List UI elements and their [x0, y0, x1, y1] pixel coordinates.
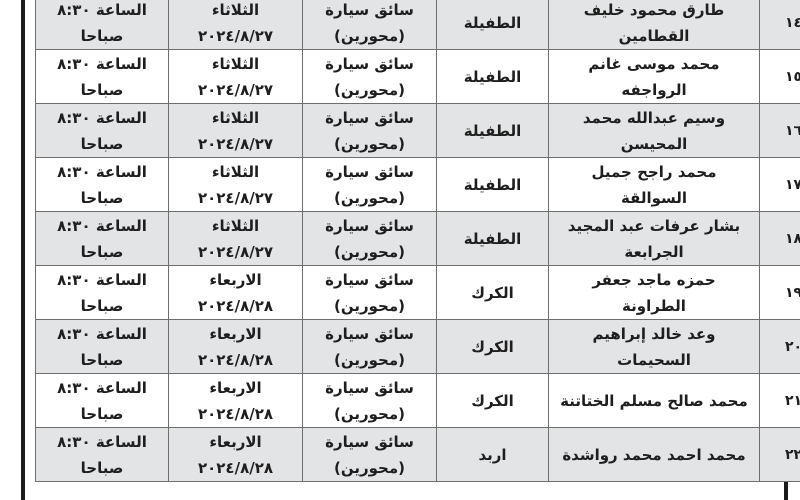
date-value: ٢٠٢٤/٨/٢٨: [173, 347, 298, 373]
job-title: سائق سيارة: [307, 159, 432, 185]
table-row: ١٦ وسيم عبدالله محمد المحيسن الطفيلة سائ…: [36, 104, 800, 158]
row-number: ١٨: [785, 231, 800, 247]
time-value: الساعة ٨:٣٠: [40, 429, 164, 455]
governorate: الكرك: [471, 338, 514, 356]
date-cell: الاربعاء ٢٠٢٤/٨/٢٨: [169, 374, 303, 428]
governorate: الطفيلة: [464, 68, 522, 86]
day-name: الاربعاء: [173, 429, 298, 455]
job-cell: سائق سيارة (محورين): [303, 50, 437, 104]
job-title: سائق سيارة: [307, 51, 432, 77]
time-cell: الساعة ٨:٣٠ صباحا: [36, 212, 169, 266]
date-value: ٢٠٢٤/٨/٢٨: [173, 401, 298, 427]
governorate-cell: الطفيلة: [437, 104, 549, 158]
time-period: صباحا: [40, 455, 164, 481]
table-row: ١٤ طارق محمود خليف القطامين الطفيلة سائق…: [36, 0, 800, 50]
job-title: سائق سيارة: [307, 105, 432, 131]
candidates-table-container: ١٤ طارق محمود خليف القطامين الطفيلة سائق…: [35, 0, 773, 482]
name-line-2: الطراونة: [553, 293, 755, 319]
day-name: الاربعاء: [173, 375, 298, 401]
date-cell: الاربعاء ٢٠٢٤/٨/٢٨: [169, 266, 303, 320]
time-value: الساعة ٨:٣٠: [40, 375, 164, 401]
date-value: ٢٠٢٤/٨/٢٧: [173, 23, 298, 49]
name-cell: محمد موسى غانم الرواجفه: [549, 50, 760, 104]
governorate: الطفيلة: [464, 230, 522, 248]
name-cell: طارق محمود خليف القطامين: [549, 0, 760, 50]
governorate: الكرك: [471, 392, 514, 410]
name-line-1: بشار عرفات عبد المجيد: [553, 213, 755, 239]
job-title: سائق سيارة: [307, 375, 432, 401]
time-value: الساعة ٨:٣٠: [40, 51, 164, 77]
time-cell: الساعة ٨:٣٠ صباحا: [36, 0, 169, 50]
date-cell: الثلاثاء ٢٠٢٤/٨/٢٧: [169, 212, 303, 266]
time-period: صباحا: [40, 401, 164, 427]
governorate-cell: اربد: [437, 428, 549, 482]
governorate-cell: الكرك: [437, 320, 549, 374]
job-qualifier: (محورين): [307, 401, 432, 427]
row-number-cell: ١٧: [760, 158, 800, 212]
job-cell: سائق سيارة (محورين): [303, 104, 437, 158]
date-value: ٢٠٢٤/٨/٢٧: [173, 239, 298, 265]
table-row: ١٩ حمزه ماجد جعفر الطراونة الكرك سائق سي…: [36, 266, 800, 320]
governorate: الطفيلة: [464, 176, 522, 194]
name-line-1: محمد صالح مسلم الختاتنة: [553, 388, 755, 414]
date-cell: الثلاثاء ٢٠٢٤/٨/٢٧: [169, 0, 303, 50]
row-number: ١٩: [785, 285, 800, 301]
time-period: صباحا: [40, 185, 164, 211]
governorate-cell: الطفيلة: [437, 0, 549, 50]
name-line-1: حمزه ماجد جعفر: [553, 267, 755, 293]
name-line-1: وسيم عبدالله محمد: [553, 105, 755, 131]
time-period: صباحا: [40, 77, 164, 103]
time-period: صباحا: [40, 131, 164, 157]
name-line-2: القطامين: [553, 23, 755, 49]
name-line-1: طارق محمود خليف: [553, 0, 755, 23]
time-value: الساعة ٨:٣٠: [40, 0, 164, 23]
job-qualifier: (محورين): [307, 239, 432, 265]
job-cell: سائق سيارة (محورين): [303, 374, 437, 428]
table-row: ٢٠ وعد خالد إبراهيم السحيمات الكرك سائق …: [36, 320, 800, 374]
governorate: الكرك: [471, 284, 514, 302]
governorate-cell: الكرك: [437, 266, 549, 320]
row-number-cell: ٢١: [760, 374, 800, 428]
time-cell: الساعة ٨:٣٠ صباحا: [36, 50, 169, 104]
job-cell: سائق سيارة (محورين): [303, 320, 437, 374]
job-qualifier: (محورين): [307, 185, 432, 211]
job-cell: سائق سيارة (محورين): [303, 428, 437, 482]
name-line-2: الجرابعة: [553, 239, 755, 265]
job-qualifier: (محورين): [307, 293, 432, 319]
time-value: الساعة ٨:٣٠: [40, 105, 164, 131]
row-number-cell: ١٦: [760, 104, 800, 158]
governorate: الطفيلة: [464, 122, 522, 140]
time-period: صباحا: [40, 347, 164, 373]
row-number: ٢٠: [785, 339, 800, 355]
job-title: سائق سيارة: [307, 0, 432, 23]
row-number: ٢٢: [785, 447, 800, 463]
date-cell: الثلاثاء ٢٠٢٤/٨/٢٧: [169, 104, 303, 158]
row-number-cell: ١٥: [760, 50, 800, 104]
date-cell: الاربعاء ٢٠٢٤/٨/٢٨: [169, 320, 303, 374]
job-title: سائق سيارة: [307, 267, 432, 293]
date-cell: الثلاثاء ٢٠٢٤/٨/٢٧: [169, 158, 303, 212]
job-qualifier: (محورين): [307, 131, 432, 157]
row-number-cell: ١٩: [760, 266, 800, 320]
job-cell: سائق سيارة (محورين): [303, 0, 437, 50]
job-title: سائق سيارة: [307, 321, 432, 347]
table-row: ١٧ محمد راجح جميل السوالقة الطفيلة سائق …: [36, 158, 800, 212]
name-line-2: المحيسن: [553, 131, 755, 157]
job-qualifier: (محورين): [307, 23, 432, 49]
job-cell: سائق سيارة (محورين): [303, 266, 437, 320]
job-qualifier: (محورين): [307, 455, 432, 481]
name-cell: وعد خالد إبراهيم السحيمات: [549, 320, 760, 374]
name-cell: حمزه ماجد جعفر الطراونة: [549, 266, 760, 320]
time-cell: الساعة ٨:٣٠ صباحا: [36, 428, 169, 482]
row-number-cell: ٢٠: [760, 320, 800, 374]
time-value: الساعة ٨:٣٠: [40, 267, 164, 293]
date-value: ٢٠٢٤/٨/٢٧: [173, 77, 298, 103]
table-row: ٢٢ محمد احمد محمد رواشدة اربد سائق سيارة…: [36, 428, 800, 482]
page-frame-left-border: [21, 0, 25, 500]
row-number: ١٧: [785, 177, 800, 193]
day-name: الثلاثاء: [173, 159, 298, 185]
table-row: ٢١ محمد صالح مسلم الختاتنة الكرك سائق سي…: [36, 374, 800, 428]
time-period: صباحا: [40, 293, 164, 319]
time-cell: الساعة ٨:٣٠ صباحا: [36, 104, 169, 158]
day-name: الاربعاء: [173, 321, 298, 347]
day-name: الثلاثاء: [173, 213, 298, 239]
row-number-cell: ٢٢: [760, 428, 800, 482]
name-line-2: الرواجفه: [553, 77, 755, 103]
row-number: ١٦: [785, 123, 800, 139]
job-qualifier: (محورين): [307, 347, 432, 373]
name-cell: محمد صالح مسلم الختاتنة: [549, 374, 760, 428]
table-row: ١٨ بشار عرفات عبد المجيد الجرابعة الطفيل…: [36, 212, 800, 266]
time-period: صباحا: [40, 23, 164, 49]
name-cell: وسيم عبدالله محمد المحيسن: [549, 104, 760, 158]
name-line-1: محمد راجح جميل: [553, 159, 755, 185]
name-line-2: السوالقة: [553, 185, 755, 211]
time-cell: الساعة ٨:٣٠ صباحا: [36, 158, 169, 212]
governorate-cell: الطفيلة: [437, 212, 549, 266]
governorate: اربد: [478, 446, 506, 464]
name-cell: بشار عرفات عبد المجيد الجرابعة: [549, 212, 760, 266]
time-cell: الساعة ٨:٣٠ صباحا: [36, 320, 169, 374]
name-cell: محمد احمد محمد رواشدة: [549, 428, 760, 482]
name-line-1: وعد خالد إبراهيم: [553, 321, 755, 347]
day-name: الثلاثاء: [173, 0, 298, 23]
job-title: سائق سيارة: [307, 429, 432, 455]
job-cell: سائق سيارة (محورين): [303, 212, 437, 266]
date-value: ٢٠٢٤/٨/٢٨: [173, 455, 298, 481]
governorate-cell: الطفيلة: [437, 158, 549, 212]
name-line-2: السحيمات: [553, 347, 755, 373]
job-qualifier: (محورين): [307, 77, 432, 103]
name-line-1: محمد موسى غانم: [553, 51, 755, 77]
job-cell: سائق سيارة (محورين): [303, 158, 437, 212]
row-number-cell: ١٤: [760, 0, 800, 50]
time-value: الساعة ٨:٣٠: [40, 213, 164, 239]
time-cell: الساعة ٨:٣٠ صباحا: [36, 374, 169, 428]
time-cell: الساعة ٨:٣٠ صباحا: [36, 266, 169, 320]
row-number: ١٥: [785, 69, 800, 85]
name-line-1: محمد احمد محمد رواشدة: [553, 442, 755, 468]
governorate-cell: الكرك: [437, 374, 549, 428]
governorate-cell: الطفيلة: [437, 50, 549, 104]
name-cell: محمد راجح جميل السوالقة: [549, 158, 760, 212]
date-cell: الثلاثاء ٢٠٢٤/٨/٢٧: [169, 50, 303, 104]
time-period: صباحا: [40, 239, 164, 265]
day-name: الثلاثاء: [173, 51, 298, 77]
date-cell: الاربعاء ٢٠٢٤/٨/٢٨: [169, 428, 303, 482]
day-name: الاربعاء: [173, 267, 298, 293]
table-row: ١٥ محمد موسى غانم الرواجفه الطفيلة سائق …: [36, 50, 800, 104]
time-value: الساعة ٨:٣٠: [40, 321, 164, 347]
date-value: ٢٠٢٤/٨/٢٨: [173, 293, 298, 319]
job-title: سائق سيارة: [307, 213, 432, 239]
row-number-cell: ١٨: [760, 212, 800, 266]
day-name: الثلاثاء: [173, 105, 298, 131]
date-value: ٢٠٢٤/٨/٢٧: [173, 185, 298, 211]
row-number: ١٤: [785, 15, 800, 31]
governorate: الطفيلة: [464, 14, 522, 32]
row-number: ٢١: [785, 393, 800, 409]
time-value: الساعة ٨:٣٠: [40, 159, 164, 185]
date-value: ٢٠٢٤/٨/٢٧: [173, 131, 298, 157]
candidates-table: ١٤ طارق محمود خليف القطامين الطفيلة سائق…: [35, 0, 800, 482]
